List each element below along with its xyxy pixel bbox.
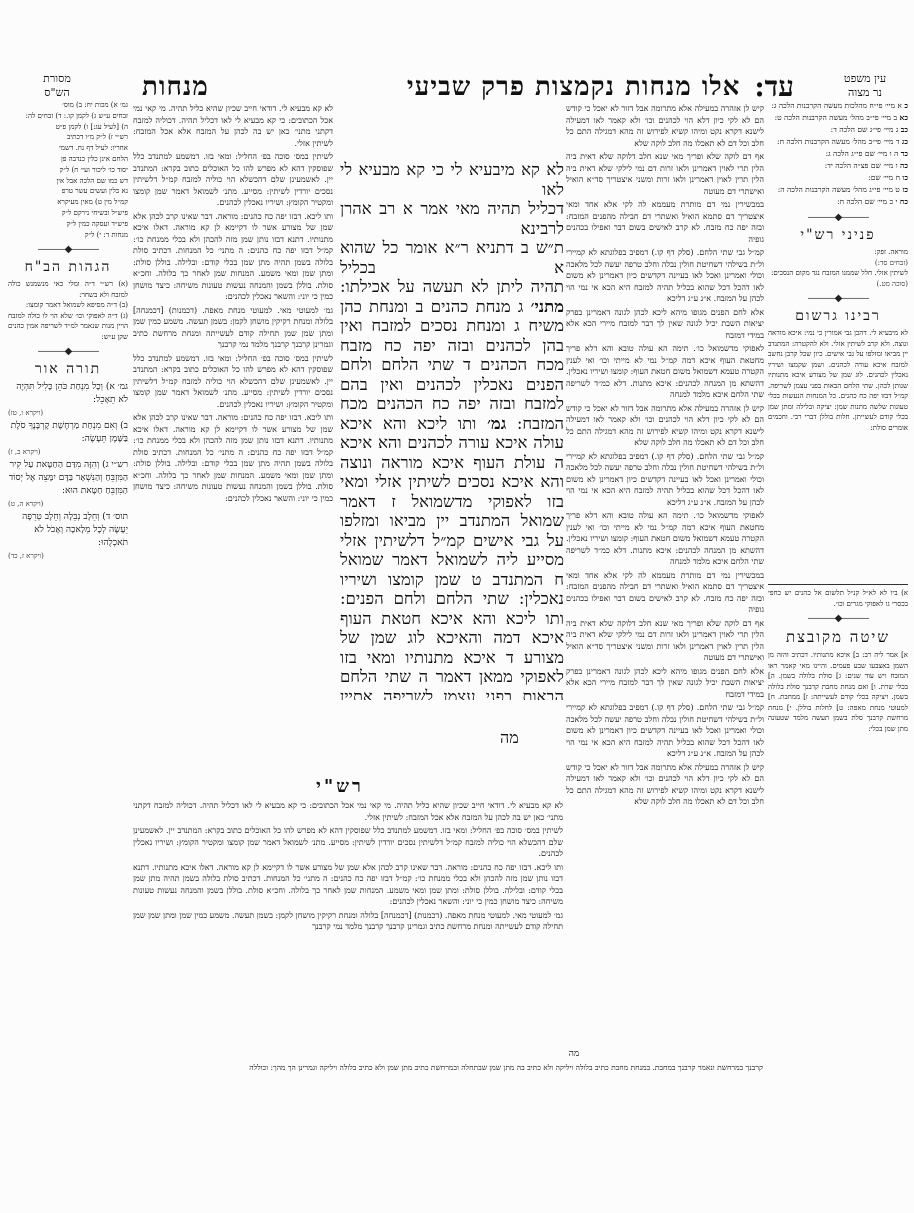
masoret-hashas: גמ׳ א) מכות יח: ב) מוס׳ זבחים ע״ש ג) לקמ… xyxy=(8,100,128,240)
rashi-paragraph: גמ׳ למעוטי מאי. למעוטי מנחת מאפה. (דכמנו… xyxy=(133,910,563,933)
torah-or-verse: גמ׳ א) וְכָל מִנְחַת כֹּהֵן כָּלִיל תִּה… xyxy=(8,381,128,420)
shita-mekubetzet-text: א] אמר ליה רב: ב] איכא מתנותיו. דכתיב וה… xyxy=(768,650,908,880)
tosafot-paragraph: במכשירין נמי דם מותרת מעממא לה לקי אלא א… xyxy=(566,199,764,245)
tosafot-paragraph: לאפוקי מדשמואל כו׳. תימה הא עולה טובא וה… xyxy=(566,510,764,568)
rashi-paragraph: ותו ליכא. דבזו יפה כח כהנים: מוראה. דבר … xyxy=(133,211,333,303)
gemara-line: תהיה ליתן לא תעשה על אכילתו: xyxy=(340,277,564,297)
ein-mishpat-item: כג ד מיי׳ פי״ב מהל׳ מעשה הקרבנות הלכה ח: xyxy=(768,136,908,148)
rashi-paragraph: גמ׳ למעוטי מאי. למעוטי מנחת מאפה. (דכמנו… xyxy=(133,305,333,351)
tractate-name: מנחות xyxy=(142,72,209,102)
gemara-end: מה xyxy=(500,728,519,748)
pninei-rashi: מוראה. זפק:(זבחים סד:) לשיתין אזלי. חלל … xyxy=(768,247,908,289)
page-title-bar: עד: אלו מנחות נקמצות פרק שביעי מנחות xyxy=(134,70,794,104)
rashi-title: רש"י xyxy=(300,776,380,797)
rashi-continuation: קרבנך במרחשת ונאמר קרבנך במחבת. במנחת מח… xyxy=(133,1062,763,1074)
gemara-block: מתני׳ ג מנחת כהנים ב ומנחת כהן משיח ג ומ… xyxy=(340,297,564,701)
right-margin: כ א מיי׳ פי״ח מהלכות מעשה הקרבנות הלכה ג… xyxy=(768,100,908,880)
chapter-title: אלו מנחות נקמצות פרק שביעי xyxy=(407,72,741,102)
torah-or-title: תורה אור xyxy=(8,361,128,378)
tosafot-paragraph: אף דם לוקה שלא ופריך מאי שנא חלב דלוקה ש… xyxy=(566,151,764,197)
ein-mishpat-item: כ א מיי׳ פי״ח מהלכות מעשה הקרבנות הלכה ג… xyxy=(768,100,908,112)
tosafot-paragraph: לאפוקי מדשמואל כו׳. תימה הא עולה טובא וה… xyxy=(566,343,764,401)
rashi-lower: לא קא מבעיא לי. דודאי חייב שכיון שהיא כל… xyxy=(133,800,563,1058)
tosafot-paragraph: אלא לחם הפנים מגופו מיהא ליכא לכהן לגונה… xyxy=(566,307,764,342)
ornament-divider xyxy=(8,244,128,255)
ein-mishpat-item: כב ג מיי׳ פי״ג שם הלכה ד: xyxy=(768,124,908,136)
hagahot-habach-title: הגהות הב"ח xyxy=(8,259,128,276)
rashi-paragraph: ותו ליכא. דבזו יפה כח כהנים: מוראה. דבר … xyxy=(133,862,563,908)
tosafot: קיש לן אזהרה במעילה אלא מתרומה אבל דזור … xyxy=(566,103,764,1028)
ein-mishpat-label: עין משפט נר מצוה xyxy=(830,72,900,100)
rashi-paragraph: לא קא מבעיא לי. דודאי חייב שכיון שהיא כל… xyxy=(133,800,563,823)
rashi-paragraph: לשיתין במס׳ סוכה בפ׳ החליל: ומאי בזו. דמ… xyxy=(133,825,563,860)
gemara-heading: גמ׳ xyxy=(487,414,506,433)
masoret-hashas-label: מסורת הש"ס xyxy=(22,72,92,100)
tosafot-end: מה xyxy=(564,1048,584,1059)
ein-mishpat: כ א מיי׳ פי״ח מהלכות מעשה הקרבנות הלכה ג… xyxy=(768,100,908,208)
shita-footnote: א) ביו לא לא״ל קנ״ל תלשום אל כהנים יש כח… xyxy=(768,588,908,609)
rashi-paragraph: לשיתין במס׳ סוכה בפ׳ החליל: ומאי בזו. דמ… xyxy=(133,353,333,411)
tosafot-paragraph: קיש לן אזהרה במעילה אלא מתרומה אבל דזור … xyxy=(566,762,764,808)
footnote-rule xyxy=(768,584,908,585)
ornament-divider xyxy=(768,212,908,223)
matnitin-heading: מתני׳ xyxy=(531,297,564,316)
pninei-rashi-item: לשיתין אזלי. חלל שממנו המזבח נגד מקום הנ… xyxy=(768,268,908,289)
ein-mishpat-item: כד ה ו מיי׳ שם פי״ג הלכה ג: xyxy=(768,148,908,160)
pninei-rashi-title: פניני רש"י xyxy=(768,227,908,244)
rashi-paragraph: ותו ליכא. דבזו יפה כח כהנים: מוראה. דבר … xyxy=(133,412,333,504)
rashi-paragraph: לשיתין במס׳ סוכה בפ׳ החליל: ומאי בזו. דמ… xyxy=(133,151,333,209)
daf-number: עד: xyxy=(754,70,794,104)
tosafot-paragraph: קיש לן אזהרה במעילה אלא מתרומה אבל דזור … xyxy=(566,103,764,149)
ein-mishpat-item: כא ב מיי׳ פי״ב מהל׳ מעשה הקרבנות הלכה ט: xyxy=(768,112,908,124)
torah-or-verse: תוס׳ ד) וְחֵלֶב נְבֵלָה וְחֵלֶב טְרֵפָה … xyxy=(8,511,128,563)
torah-or-verse: ב) וְאִם מִנְחַת מַרְחֶשֶׁת קָרְבָּנֶךָ … xyxy=(8,420,128,459)
tosafot-paragraph: קמ״ל גבי שתי הלחם. (סלק דף קו.) דמפיב בפ… xyxy=(566,702,764,760)
rabbeinu-gershom-title: רבינו גרשום xyxy=(768,308,908,325)
hagahot-habach: (א) רש״י ד״ה ומלי כאי מנשמנש כולה למזבח … xyxy=(8,279,128,342)
tosafot-paragraph: במכשירין נמי דם מותרת מעממא לה לקי אלא א… xyxy=(566,570,764,616)
masoret-label-line1: מסורת xyxy=(22,72,92,86)
ein-mishpat-label-line1: עין משפט xyxy=(830,72,900,86)
tosafot-paragraph: קיש לן אזהרה במעילה אלא מתרומה אבל דזור … xyxy=(566,403,764,449)
gemara-line: דכליל תהיה מאי אמר א רב אהרן לרבינא xyxy=(340,199,564,238)
ein-mishpat-item: כז ט מיי׳ פי״ג מהל׳ מעשה הקרבנות הלכה ה: xyxy=(768,184,908,196)
masoret-label-line2: הש"ס xyxy=(22,86,92,100)
rashi-paragraph: לא קא מבעיא לי. דודאי חייב שכיון שהיא כל… xyxy=(133,103,333,149)
ornament-divider xyxy=(8,346,128,357)
gemara: לא קא מיבעיא לי כי קא מבעיא לי לאו דכליל… xyxy=(340,160,564,700)
shita-mekubetzet-title: שיטה מקובצת xyxy=(768,628,908,647)
ein-mishpat-item: כח י כ מיי׳ שם הלכה ח: xyxy=(768,196,908,208)
tosafot-paragraph: אלא לחם הפנים מגופו מיהא ליכא לכהן לגונה… xyxy=(566,666,764,701)
torah-or-verse: רש״י ג) וְהִזָּה מִדַּם הַחַטָּאת עַל קִ… xyxy=(8,459,128,511)
ein-mishpat-item: כו ח מיי׳ שם: xyxy=(768,172,908,184)
ornament-divider xyxy=(768,293,908,304)
torah-or: גמ׳ א) וְכָל מִנְחַת כֹּהֵן כָּלִיל תִּה… xyxy=(8,381,128,563)
tosafot-paragraph: קמ״ל גבי שתי הלחם. (סלק דף קו.) דמפיב בפ… xyxy=(566,247,764,305)
rashi: לא קא מבעיא לי. דודאי חייב שכיון שהיא כל… xyxy=(133,103,333,703)
left-margin: גמ׳ א) מכות יח: ב) מוס׳ זבחים ע״ש ג) לקמ… xyxy=(8,100,128,563)
ornament-divider xyxy=(768,613,908,624)
ein-mishpat-item: כה ו מיי׳ שם פצ״ה הלכה יד: xyxy=(768,160,908,172)
rabbeinu-gershom-text: לא מיבעיא לי. דהכן גבי אמורין כי נמי: אי… xyxy=(768,328,908,578)
gemara-line: לא קא מיבעיא לי כי קא מבעיא לי לאו xyxy=(340,160,564,199)
gemara-line: ת״ש ב דתניא ר״א אומר כל שהוא א בכליל xyxy=(340,238,564,277)
pninei-rashi-item: מוראה. זפק:(זבחים סד:) xyxy=(768,247,908,268)
tosafot-paragraph: אף דם לוקה שלא ופריך מאי שנא חלב דלוקה ש… xyxy=(566,618,764,664)
ein-mishpat-label-line2: נר מצוה xyxy=(830,86,900,100)
tosafot-paragraph: קמ״ל גבי שתי הלחם. (סלק דף קו.) דמפיב בפ… xyxy=(566,451,764,509)
